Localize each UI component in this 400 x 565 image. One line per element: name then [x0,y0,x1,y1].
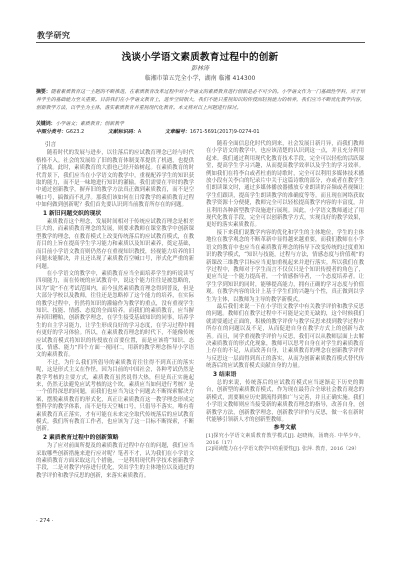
affiliation-postcode: 414300 [232,75,255,82]
article-affiliation: 临湘市第五完全小学，湖南 临湘 414300 [0,73,400,82]
section-1-paragraph-2: 在小学语文的教学中，素质教育应当全面培养学生的听说读写四项能力，而在传统的应试教… [36,271,194,360]
clc-value: G623.2 [66,129,84,135]
keywords-text: 小学语文；素质教育；创新教学 [56,121,124,127]
affiliation-name: 临湘市第五完全小学，湖南 临湘 [145,75,231,82]
article-title: 浅谈小学语文素质教育过程中的创新 [0,49,400,63]
section-1-paragraph-3: 不过，为什么我们所倡导的素质教育往往得不到真正的落实呢，这是形式主义在作怪，因为… [36,360,194,434]
intro-paragraph: 随着时代的发展与进步，以往落后的应试教育理念已经与时代格格不入。社会的发展给了旧… [36,150,194,209]
doc-code-value: A [138,129,141,135]
article-no-label: 文章编号： [165,129,190,135]
abstract-label: 摘要： [36,89,51,95]
keywords: 关键词：小学语文；素质教育；创新教学 [36,120,124,127]
section-1-heading: 1 新旧问题交织的现状 [36,211,194,218]
keywords-label: 关键词： [36,121,56,127]
section-2-heading: 2 素质教育过程中的创新策略 [36,435,194,442]
intro-heading: 引言 [36,142,194,149]
page-number: · 274 · [36,518,54,524]
classification-meta: 中图分类号：G623.2 文献标识码：A 文章编号：1671-5691(2017… [36,128,282,135]
article-no-value: 1671-5691(2017)9-0274-01 [190,129,260,135]
clc-label: 中图分类号： [36,129,66,135]
header-divider [36,42,365,43]
reference-item: [2]阅读能力在小学语文教学中的重要性[J]. 张萍. 教育，2016（29） [206,446,364,453]
section-tag: 教学研究 [37,30,70,41]
journal-page: 教学研究 浅谈小学语文素质教育过程中的创新 彭林涛 临湘市第五完全小学，湖南 临… [0,0,400,565]
right-column: 随着全面信息化时代的到来，社会发展日新月异，而我们教师在小学语文的教学中，也应该… [206,141,364,453]
reference-item: [1]探究小学语文素质教育教学模式[J]. 赵晓梅，汤晓亮. 中华少年，2016… [206,433,364,447]
section-2-paragraph-2: 随着全面信息化时代的到来，社会发展日新月异，而我们教师在小学语文的教学中，也应该… [206,141,364,230]
abstract: 摘要：随着素质教育这一主题的不断推进，在素质教育改革过程中对小学语文的素质教育进… [36,88,365,112]
left-column: 引言 随着时代的发展与进步，以往落后的应试教育理念已经与时代格格不入。社会的发展… [36,141,194,480]
article-author: 彭林涛 [0,63,400,72]
section-3-heading: 3 结束语 [206,372,364,379]
doc-code-label: 文献标识码： [108,129,138,135]
section-1-paragraph-1: 素质教育这个理念，发展时间相对于传统应试教育理念是相差巨大的，而素质教育理念的发… [36,219,194,271]
references-heading: 参考文献 [206,425,364,432]
abstract-text: 随着素质教育这一主题的不断推进，在素质教育改革过程中对小学语文的素质教育进行创新… [36,89,365,111]
section-2-paragraph-4: 最后我们来说一下在小学语文教学中有关教学评价和教学反思的问题。教师们在教学过程中… [206,304,364,371]
section-2-paragraph-3: 接下来我们说教学内容的优化和学生的主体地位，学生的主体地位在教学观念的不断革新中… [206,230,364,304]
section-2-paragraph-1: 为了应对前面所提及的素质教育过程中存在的问题，我们应当采取哪些创新措施来进行应对… [36,443,194,480]
conclusion-paragraph: 总的来说，传统落后的应试教育模式应当逐渐走下历史的舞台，创新型的素质教育模式，作… [206,380,364,424]
